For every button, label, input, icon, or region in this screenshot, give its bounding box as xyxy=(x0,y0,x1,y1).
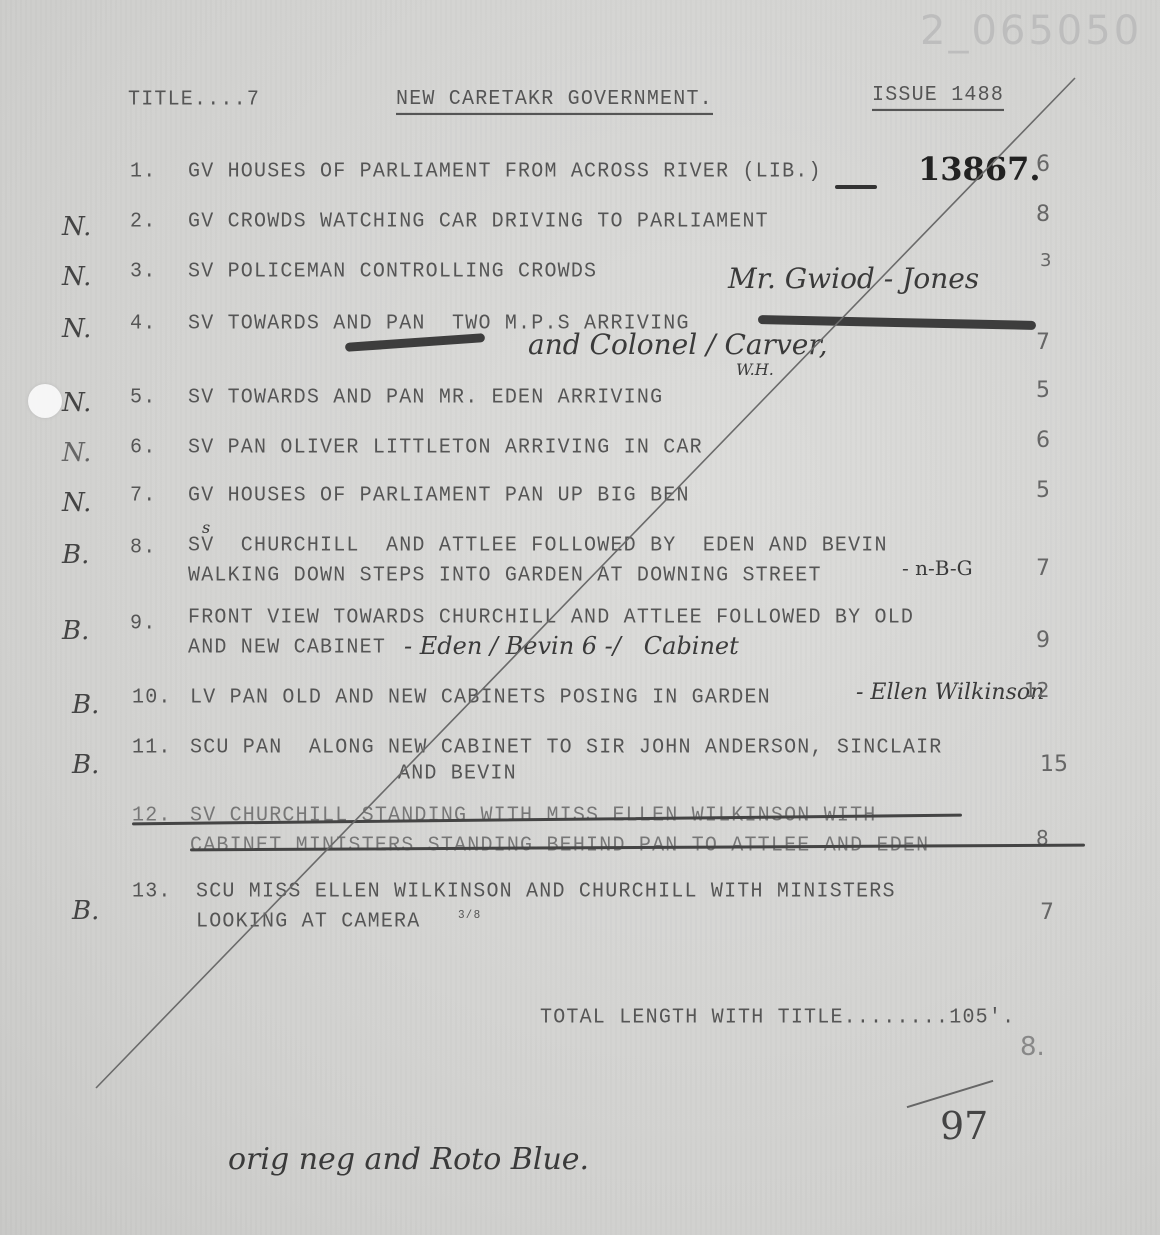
total-length: TOTAL LENGTH WITH TITLE........105'. xyxy=(540,1005,1015,1030)
shot-description: GV CROWDS WATCHING CAR DRIVING TO PARLIA… xyxy=(188,209,769,234)
shot-length: 7 xyxy=(1040,900,1054,925)
underline-mark xyxy=(835,185,877,189)
handwritten-annotation: - Ellen Wilkinson xyxy=(856,680,1044,705)
shot-length: 9 xyxy=(1036,628,1050,653)
library-reference: 13867. xyxy=(918,150,1040,188)
handwritten-initials: W.H. xyxy=(736,360,774,379)
shot-description: FRONT VIEW TOWARDS CHURCHILL AND ATTLEE … xyxy=(188,605,914,630)
shot-length: 6 xyxy=(1036,428,1050,453)
shot-number: 11. xyxy=(132,735,172,760)
shot-number: 7. xyxy=(130,483,156,508)
margin-mark: B. xyxy=(72,750,99,780)
margin-mark: N. xyxy=(62,388,91,418)
shot-description-line2: WALKING DOWN STEPS INTO GARDEN AT DOWNIN… xyxy=(188,563,822,588)
shot-description: SV TOWARDS AND PAN MR. EDEN ARRIVING xyxy=(188,385,663,410)
margin-mark: N. xyxy=(62,314,91,344)
shot-length: 3 xyxy=(1040,250,1051,271)
shot-length: 7 xyxy=(1036,330,1050,355)
shot-description: GV HOUSES OF PARLIAMENT PAN UP BIG BEN xyxy=(188,483,690,508)
margin-mark: N. xyxy=(62,438,91,468)
shot-number: 6. xyxy=(130,435,156,460)
shot-number: 3. xyxy=(130,259,156,284)
handwritten-result: 97 xyxy=(940,1104,988,1148)
shot-description: SCU MISS ELLEN WILKINSON AND CHURCHILL W… xyxy=(196,879,896,904)
shot-number: 1. xyxy=(130,159,156,184)
handwritten-annotation: - Eden / Bevin 6 -/ Cabinet xyxy=(404,632,739,660)
shot-number: 8. xyxy=(130,535,156,560)
handwritten-annotation: Mr. Gwiod - Jones xyxy=(728,262,979,295)
shot-number: 2. xyxy=(130,209,156,234)
shot-description-line2: AND NEW CABINET xyxy=(188,635,386,660)
margin-mark: B. xyxy=(72,690,99,720)
margin-mark: N. xyxy=(62,488,91,518)
shot-description: SV POLICEMAN CONTROLLING CROWDS xyxy=(188,259,597,284)
title-label: TITLE....7 xyxy=(128,87,260,112)
redaction-strike xyxy=(345,333,485,352)
shot-number: 5. xyxy=(130,385,156,410)
shot-description-line2: AND BEVIN xyxy=(398,761,517,786)
shot-description: SCU PAN ALONG NEW CABINET TO SIR JOHN AN… xyxy=(190,735,943,760)
shot-length: 8 xyxy=(1036,202,1050,227)
handwritten-annotation: - n-B-G xyxy=(902,556,973,580)
handwritten-annotation: and Colonel / Carver, xyxy=(528,328,828,361)
shot-description: LV PAN OLD AND NEW CABINETS POSING IN GA… xyxy=(190,685,771,710)
headline: NEW CARETAKR GOVERNMENT. xyxy=(396,87,713,115)
shot-description: SV PAN OLIVER LITTLETON ARRIVING IN CAR xyxy=(188,435,703,460)
document-page: 2_065050 TITLE....7 NEW CARETAKR GOVERNM… xyxy=(0,0,1160,1235)
shot-length: 6 xyxy=(1036,152,1050,177)
margin-mark: B. xyxy=(72,896,99,926)
fraction-mark: 3/8 xyxy=(458,910,481,923)
shot-description: SV CHURCHILL AND ATTLEE FOLLOWED BY EDEN… xyxy=(188,533,888,558)
issue-number: ISSUE 1488 xyxy=(872,83,1004,111)
deduction-value: 8. xyxy=(1020,1032,1045,1062)
shot-length: 12 xyxy=(1024,678,1049,702)
shot-length: 7 xyxy=(1036,556,1050,581)
shot-number: 9. xyxy=(130,611,156,636)
handwritten-footer-note: orig neg and Roto Blue. xyxy=(228,1142,589,1177)
shot-length: 5 xyxy=(1036,378,1050,403)
margin-mark: B. xyxy=(62,540,89,570)
shot-description-line2: LOOKING AT CAMERA xyxy=(196,909,420,934)
shot-description: GV HOUSES OF PARLIAMENT FROM ACROSS RIVE… xyxy=(188,159,822,184)
shot-number: 4. xyxy=(130,311,156,336)
margin-mark: N. xyxy=(62,212,91,242)
margin-mark: B. xyxy=(62,616,89,646)
margin-mark: N. xyxy=(62,262,91,292)
corner-reference-number: 2_065050 xyxy=(920,8,1142,54)
shot-number: 10. xyxy=(132,685,172,710)
shot-length: 15 xyxy=(1040,752,1068,777)
shot-number: 13. xyxy=(132,879,172,904)
punch-hole xyxy=(28,384,62,418)
shot-length: 5 xyxy=(1036,478,1050,503)
